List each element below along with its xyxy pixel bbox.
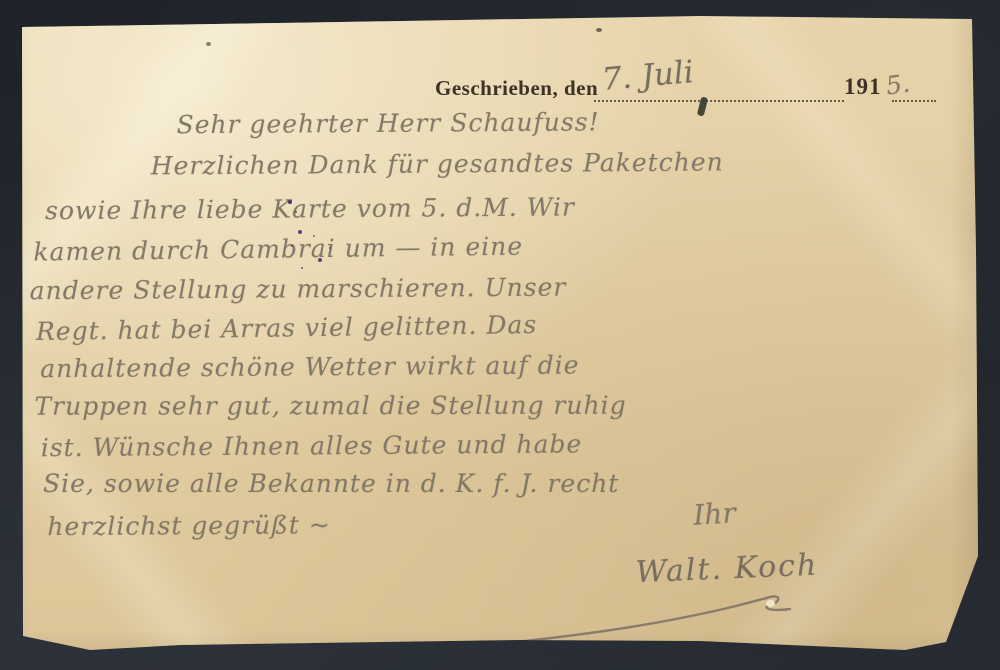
- photograph-of-postcard: { "document": { "kind_label": "handwritt…: [0, 0, 1000, 670]
- message-line: Regt. hat bei Arras viel gelitten. Das: [36, 310, 538, 346]
- message-line: kamen durch Cambrai um — in eine: [33, 232, 523, 267]
- stain-speck: [206, 42, 211, 46]
- ink-splatter: [288, 200, 292, 204]
- message-line: Herzlichen Dank für gesandtes Paketchen: [151, 147, 724, 180]
- stain-speck: [596, 28, 602, 32]
- message-line: sowie Ihre liebe Karte vom 5. d.M. Wir: [45, 192, 575, 225]
- paper-chip: [766, 600, 775, 607]
- message-line: Sehr geehrter Herr Schaufuss!: [176, 107, 599, 139]
- message-line: ist. Wünsche Ihnen alles Gute und habe: [41, 429, 583, 462]
- handwritten-message: Sehr geehrter Herr Schaufuss! Herzlichen…: [0, 0, 1000, 670]
- postcard: Geschrieben, den 191 7. Juli 5. Sehr gee…: [0, 0, 1000, 670]
- message-line: Sie, sowie alle Bekannte in d. K. f. J. …: [43, 469, 619, 498]
- message-line: Truppen sehr gut, zumal die Stellung ruh…: [34, 391, 626, 421]
- message-line: andere Stellung zu marschieren. Unser: [30, 273, 567, 306]
- message-line: anhaltende schöne Wetter wirkt auf die: [40, 350, 579, 383]
- message-line: herzlichst gegrüßt ~: [47, 510, 331, 541]
- stain-speck: [352, 8, 362, 16]
- valediction: Ihr: [692, 496, 736, 531]
- signature: Walt. Koch: [635, 548, 819, 591]
